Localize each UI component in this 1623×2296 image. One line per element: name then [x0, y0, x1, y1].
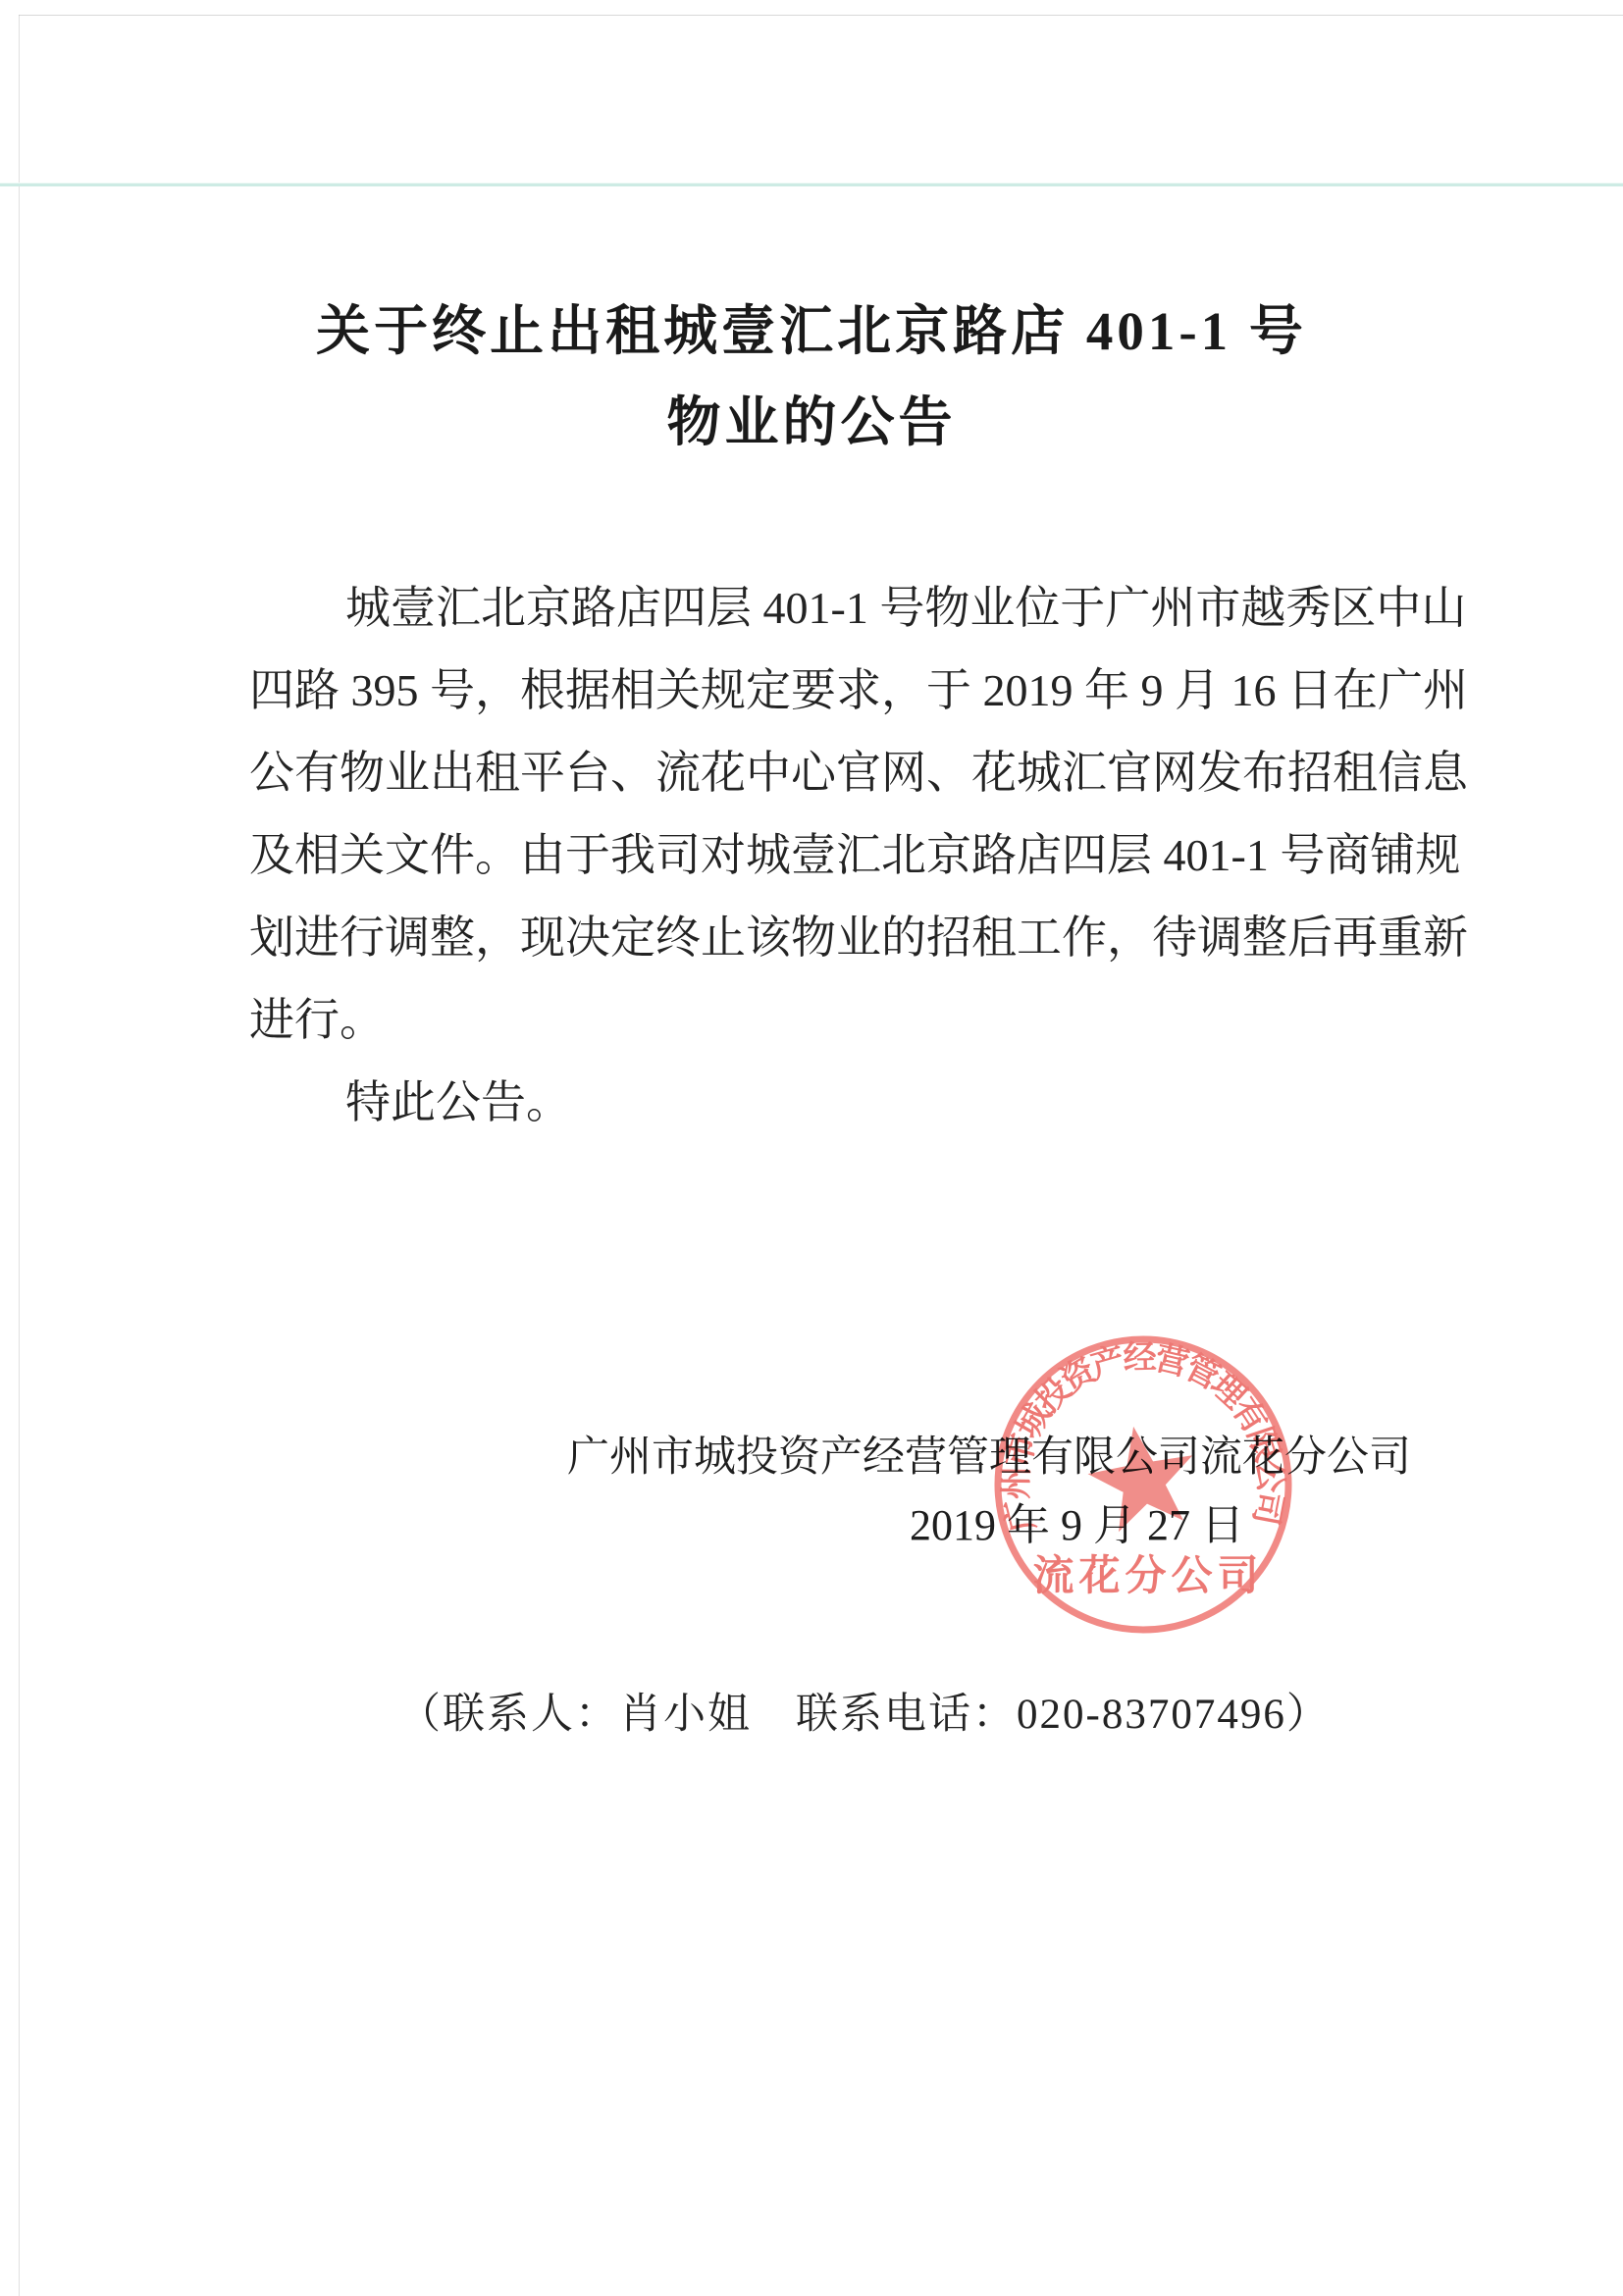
- body-line: 城壹汇北京路店四层 401-1 号物业位于广州市越秀区中山: [249, 567, 1427, 650]
- scan-edge-top-line: [19, 15, 1623, 16]
- document-title: 关于终止出租城壹汇北京路店 401-1 号 物业的公告: [0, 286, 1623, 468]
- seal-bottom-text: 流花分公司: [1032, 1553, 1263, 1599]
- seal-star-icon: [1081, 1417, 1204, 1535]
- body-line: 划进行调整，现决定终止该物业的招租工作，待调整后再重新: [249, 897, 1427, 979]
- seal-graphic: 广州市城投资产经营管理有限公司 流花分公司: [985, 1327, 1301, 1643]
- contact-info: （联系人：肖小姐 联系电话：020-83707496）: [398, 1686, 1331, 1745]
- document-title-line-2: 物业的公告: [0, 377, 1623, 468]
- scanned-announcement-page: 关于终止出租城壹汇北京路店 401-1 号 物业的公告 城壹汇北京路店四层 40…: [0, 0, 1623, 2296]
- body-line: 及相关文件。由于我司对城壹汇北京路店四层 401-1 号商铺规: [249, 814, 1427, 897]
- company-seal-stamp: 广州市城投资产经营管理有限公司 流花分公司: [985, 1327, 1301, 1643]
- body-line: 公有物业出租平台、流花中心官网、花城汇官网发布招租信息: [249, 732, 1427, 814]
- body-line: 进行。: [249, 979, 1427, 1062]
- closing-statement: 特此公告。: [249, 1062, 1427, 1144]
- scan-artifact-teal-line: [0, 183, 1623, 186]
- body-line: 四路 395 号，根据相关规定要求，于 2019 年 9 月 16 日在广州: [249, 650, 1427, 732]
- document-body: 城壹汇北京路店四层 401-1 号物业位于广州市越秀区中山 四路 395 号，根…: [249, 567, 1427, 1144]
- document-title-line-1: 关于终止出租城壹汇北京路店 401-1 号: [0, 286, 1623, 377]
